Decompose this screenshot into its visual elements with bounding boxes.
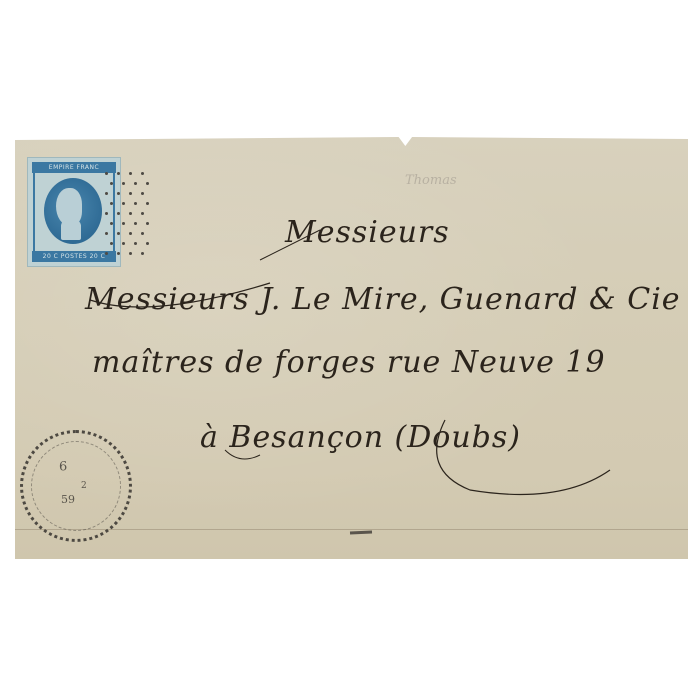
postmark-month: 2 bbox=[81, 481, 87, 491]
cancel-dot bbox=[146, 202, 149, 205]
cancel-dot bbox=[134, 222, 137, 225]
cancel-dot bbox=[122, 222, 125, 225]
cancel-dot bbox=[129, 172, 132, 175]
postmark-day: 9 bbox=[59, 457, 67, 472]
address-line-4: à Besançon (Doubs) bbox=[200, 420, 521, 455]
cancel-dot bbox=[134, 242, 137, 245]
cancel-dot bbox=[129, 252, 132, 255]
cancel-dot bbox=[117, 252, 120, 255]
address-line-2: Messieurs J. Le Mire, Guenard & Cie bbox=[85, 282, 681, 317]
pencil-annotation: Thomas bbox=[405, 173, 457, 188]
cancel-dot bbox=[129, 212, 132, 215]
cancel-dot bbox=[141, 212, 144, 215]
postmark-year: 59 bbox=[61, 493, 75, 506]
address-line-3: maîtres de forges rue Neuve 19 bbox=[92, 345, 606, 380]
circular-postmark: 9 2 59 bbox=[20, 430, 132, 542]
cancel-dot bbox=[122, 242, 125, 245]
cancel-dot bbox=[122, 182, 125, 185]
cancel-dot bbox=[141, 192, 144, 195]
cancel-dot bbox=[117, 172, 120, 175]
cancel-dot bbox=[110, 222, 113, 225]
cancel-dot bbox=[146, 242, 149, 245]
cancel-dot bbox=[129, 192, 132, 195]
stamp-top-label: EMPIRE FRANC bbox=[32, 162, 116, 173]
cancel-dot bbox=[105, 252, 108, 255]
cancel-dot bbox=[134, 182, 137, 185]
cancel-dot bbox=[105, 232, 108, 235]
cancel-dot bbox=[117, 232, 120, 235]
cancel-dot bbox=[105, 192, 108, 195]
cancel-dot bbox=[110, 242, 113, 245]
cancel-dot bbox=[110, 182, 113, 185]
address-line-1: Messieurs bbox=[285, 215, 450, 250]
cancel-dot bbox=[146, 182, 149, 185]
stamp-bottom-label: 20 C POSTES 20 C bbox=[32, 251, 116, 262]
cancel-dot bbox=[110, 202, 113, 205]
cancel-dot bbox=[129, 232, 132, 235]
cancel-dot bbox=[105, 172, 108, 175]
portrait-neck bbox=[61, 220, 81, 240]
postmark-inner-ring bbox=[31, 441, 121, 531]
cancel-dot bbox=[141, 232, 144, 235]
cancel-dot bbox=[134, 202, 137, 205]
cancel-dot bbox=[117, 212, 120, 215]
cancel-dot bbox=[117, 192, 120, 195]
cancel-dot bbox=[146, 222, 149, 225]
cancel-dot bbox=[105, 212, 108, 215]
cancel-dot bbox=[141, 252, 144, 255]
cancel-dot bbox=[141, 172, 144, 175]
cancel-dot bbox=[122, 202, 125, 205]
dotted-cancellation bbox=[105, 172, 160, 262]
